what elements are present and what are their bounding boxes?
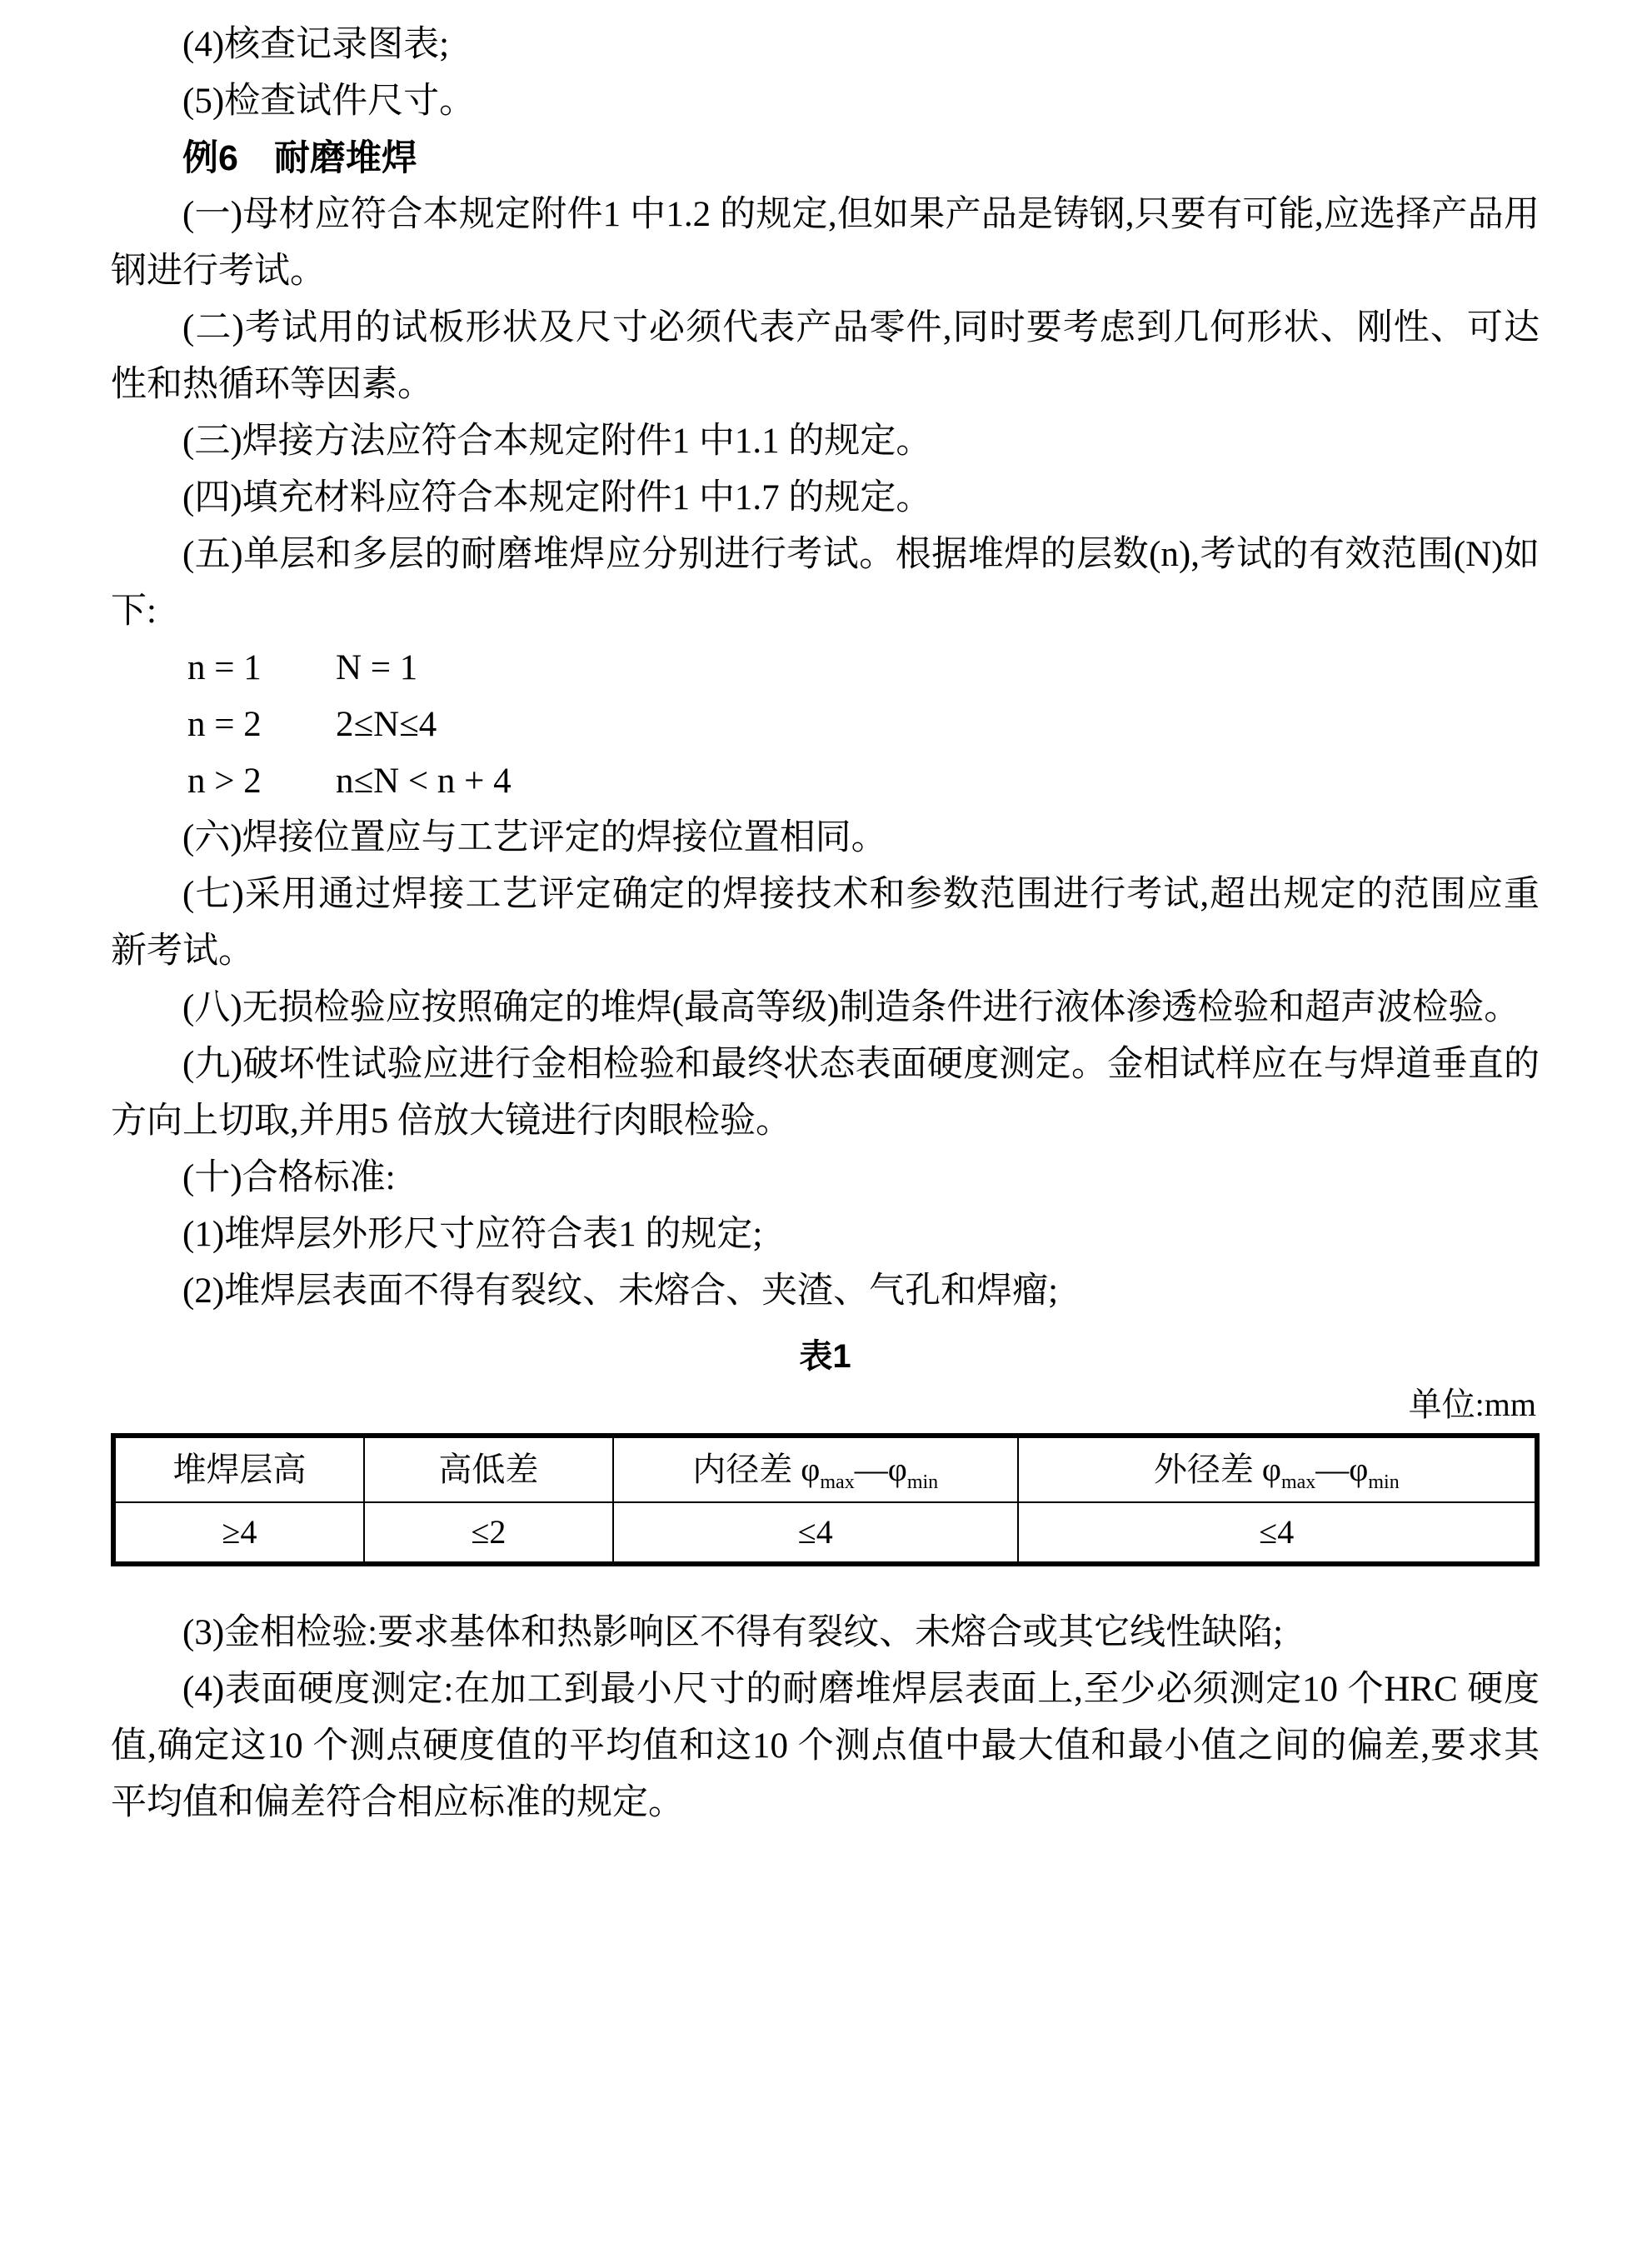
section-heading-example-6: 例6 耐磨堆焊: [111, 130, 1540, 187]
table-value-row: ≥4 ≤2 ≤4 ≤4: [113, 1502, 1537, 1564]
table-unit-label: 单位:mm: [111, 1381, 1540, 1428]
table-header-cell-inner-diameter-difference: 内径差 φmax—φmin: [613, 1436, 1018, 1502]
table-value-cell: ≤4: [1018, 1502, 1537, 1564]
paragraph-item-3-metallographic: (3)金相检验:要求基体和热影响区不得有裂纹、未熔合或其它线性缺陷;: [111, 1605, 1540, 1661]
equation-rhs: 2≤N≤4: [336, 705, 437, 744]
table-header-cell-layer-height: 堆焊层高: [113, 1436, 364, 1502]
equation-lhs: n > 2: [187, 753, 336, 810]
table-header-cell-outer-diameter-difference: 外径差 φmax—φmin: [1018, 1436, 1537, 1502]
equation-row: n = 1N = 1: [111, 640, 1540, 697]
paragraph-clause-5-layers: (五)单层和多层的耐磨堆焊应分别进行考试。根据堆焊的层数(n),考试的有效范围(…: [111, 527, 1540, 640]
paragraph-clause-9-destructive-test: (九)破坏性试验应进行金相检验和最终状态表面硬度测定。金相试样应在与焊道垂直的方…: [111, 1037, 1540, 1150]
paragraph-clause-4-filler-material: (四)填充材料应符合本规定附件1 中1.7 的规定。: [111, 470, 1540, 527]
subscript-max: max: [1281, 1471, 1315, 1493]
dash-symbol: —: [1315, 1451, 1349, 1488]
phi-symbol: φ: [1349, 1451, 1368, 1488]
subscript-max: max: [820, 1471, 854, 1493]
paragraph-clause-10-acceptance: (十)合格标准:: [111, 1150, 1540, 1206]
table-1: 堆焊层高 高低差 内径差 φmax—φmin 外径差 φmax—φmin ≥4 …: [111, 1433, 1540, 1566]
paragraph-clause-2-test-plate: (二)考试用的试板形状及尺寸必须代表产品零件,同时要考虑到几何形状、刚性、可达性…: [111, 300, 1540, 413]
table-header-row: 堆焊层高 高低差 内径差 φmax—φmin 外径差 φmax—φmin: [113, 1436, 1537, 1502]
paragraph-item-4-hardness: (4)表面硬度测定:在加工到最小尺寸的耐磨堆焊层表面上,至少必须测定10 个HR…: [111, 1661, 1540, 1831]
dash-symbol: —: [855, 1451, 888, 1488]
paragraph-clause-8-ndt: (八)无损检验应按照确定的堆焊(最高等级)制造条件进行液体渗透检验和超声波检验。: [111, 980, 1540, 1037]
column-label-text: 内径差 φ: [692, 1451, 820, 1488]
paragraph-item-4-check-charts: (4)核查记录图表;: [111, 17, 1540, 73]
subscript-min: min: [907, 1471, 938, 1493]
equation-lhs: n = 2: [187, 697, 336, 753]
subscript-min: min: [1368, 1471, 1399, 1493]
table-header-cell-height-difference: 高低差: [364, 1436, 613, 1502]
paragraph-clause-6-position: (六)焊接位置应与工艺评定的焊接位置相同。: [111, 810, 1540, 867]
paragraph-clause-3-welding-method: (三)焊接方法应符合本规定附件1 中1.1 的规定。: [111, 413, 1540, 470]
table-value-cell: ≤2: [364, 1502, 613, 1564]
equation-row: n > 2n≤N < n + 4: [111, 753, 1540, 810]
paragraph-clause-7-parameters: (七)采用通过焊接工艺评定确定的焊接技术和参数范围进行考试,超出规定的范围应重新…: [111, 867, 1540, 980]
equation-rhs: N = 1: [336, 648, 417, 687]
equation-row: n = 22≤N≤4: [111, 697, 1540, 753]
paragraph-item-5-check-dimensions: (5)检查试件尺寸。: [111, 73, 1540, 130]
paragraph-item-2-surface: (2)堆焊层表面不得有裂纹、未熔合、夹渣、气孔和焊瘤;: [111, 1263, 1540, 1320]
phi-symbol: φ: [888, 1451, 907, 1488]
document-page: (4)核查记录图表; (5)检查试件尺寸。 例6 耐磨堆焊 (一)母材应符合本规…: [0, 0, 1652, 2243]
paragraph-item-1-dimensions: (1)堆焊层外形尺寸应符合表1 的规定;: [111, 1206, 1540, 1263]
paragraph-clause-1-base-material: (一)母材应符合本规定附件1 中1.2 的规定,但如果产品是铸钢,只要有可能,应…: [111, 187, 1540, 300]
table-value-cell: ≤4: [613, 1502, 1018, 1564]
equation-lhs: n = 1: [187, 640, 336, 697]
table-value-cell: ≥4: [113, 1502, 364, 1564]
equation-rhs: n≤N < n + 4: [336, 762, 512, 801]
column-label-text: 外径差 φ: [1154, 1451, 1281, 1488]
table-title: 表1: [111, 1331, 1540, 1381]
